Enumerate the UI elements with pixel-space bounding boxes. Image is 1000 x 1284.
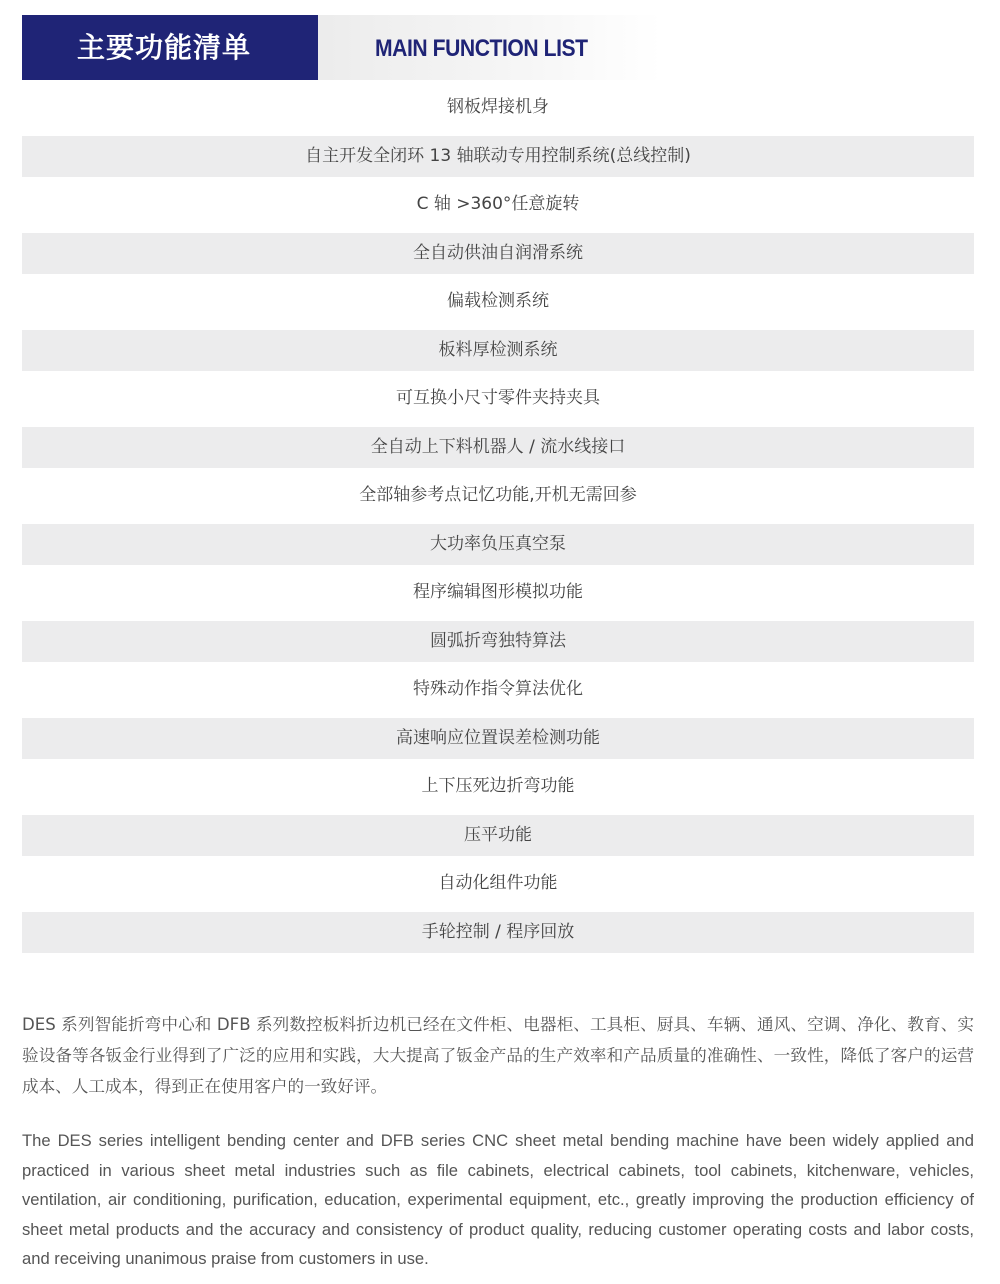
list-item-label: 全部轴参考点记忆功能,开机无需回参 <box>22 475 974 516</box>
header-title-cn-box: 主要功能清单 <box>22 15 318 80</box>
list-item-label: 程序编辑图形模拟功能 <box>22 572 974 613</box>
header-title-cn: 主要功能清单 <box>77 15 251 80</box>
section-header: 主要功能清单 MAIN FUNCTION LIST <box>22 15 974 80</box>
list-item-label: 板料厚检测系统 <box>22 330 974 371</box>
list-item: 特殊动作指令算法优化 <box>22 669 974 718</box>
list-item: 全自动上下料机器人 / 流水线接口 <box>22 427 974 476</box>
description-paragraph-en: The DES series intelligent bending cente… <box>22 1126 974 1274</box>
list-item: 高速响应位置误差检测功能 <box>22 718 974 767</box>
list-item-label: 特殊动作指令算法优化 <box>22 669 974 710</box>
list-item: 全部轴参考点记忆功能,开机无需回参 <box>22 475 974 524</box>
list-item-label: 圆弧折弯独特算法 <box>22 621 974 662</box>
list-item: 程序编辑图形模拟功能 <box>22 572 974 621</box>
list-item: 手轮控制 / 程序回放 <box>22 912 974 961</box>
list-item-label: 大功率负压真空泵 <box>22 524 974 565</box>
description-paragraph-cn: DES 系列智能折弯中心和 DFB 系列数控板料折边机已经在文件柜、电器柜、工具… <box>22 1009 974 1102</box>
list-item: 自动化组件功能 <box>22 863 974 912</box>
list-item-label: 高速响应位置误差检测功能 <box>22 718 974 759</box>
list-item: 自主开发全闭环 13 轴联动专用控制系统(总线控制) <box>22 136 974 185</box>
list-item-label: 压平功能 <box>22 815 974 856</box>
list-item: 板料厚检测系统 <box>22 330 974 379</box>
header-title-en: MAIN FUNCTION LIST <box>375 15 588 80</box>
function-list: 钢板焊接机身 自主开发全闭环 13 轴联动专用控制系统(总线控制) C 轴 >3… <box>22 87 974 960</box>
list-item: C 轴 >360°任意旋转 <box>22 184 974 233</box>
list-item-label: 上下压死边折弯功能 <box>22 766 974 807</box>
list-item: 大功率负压真空泵 <box>22 524 974 573</box>
list-item-label: 偏载检测系统 <box>22 281 974 322</box>
list-item: 可互换小尺寸零件夹持夹具 <box>22 378 974 427</box>
list-item-label: 自动化组件功能 <box>22 863 974 904</box>
list-item-label: C 轴 >360°任意旋转 <box>22 184 974 225</box>
list-item: 上下压死边折弯功能 <box>22 766 974 815</box>
list-item: 钢板焊接机身 <box>22 87 974 136</box>
list-item-label: 手轮控制 / 程序回放 <box>22 912 974 953</box>
list-item-label: 自主开发全闭环 13 轴联动专用控制系统(总线控制) <box>22 136 974 177</box>
list-item-label: 全自动供油自润滑系统 <box>22 233 974 274</box>
list-item: 偏载检测系统 <box>22 281 974 330</box>
list-item-label: 钢板焊接机身 <box>22 87 974 128</box>
list-item-label: 全自动上下料机器人 / 流水线接口 <box>22 427 974 468</box>
list-item: 圆弧折弯独特算法 <box>22 621 974 670</box>
list-item: 全自动供油自润滑系统 <box>22 233 974 282</box>
list-item: 压平功能 <box>22 815 974 864</box>
list-item-label: 可互换小尺寸零件夹持夹具 <box>22 378 974 419</box>
